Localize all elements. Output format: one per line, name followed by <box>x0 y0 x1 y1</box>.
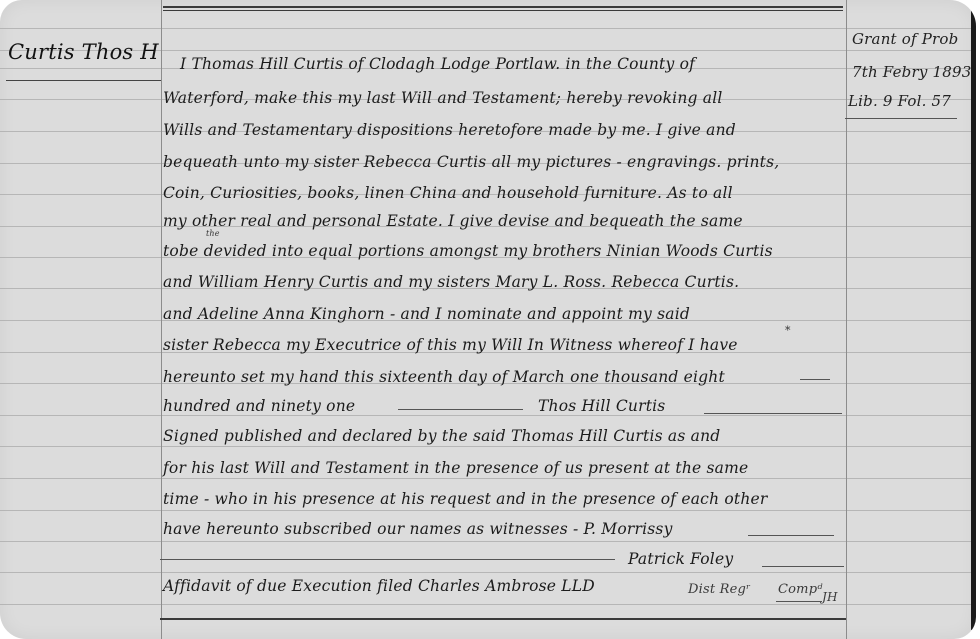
witness-2-signature: Patrick Foley <box>628 550 733 568</box>
attestation-line-2: for his last Will and Testament in the p… <box>163 459 748 477</box>
attestation-line-1: Signed published and declared by the sai… <box>163 427 720 445</box>
ruled-line <box>0 541 976 542</box>
grant-reference: Lib. 9 Fol. 57 <box>848 92 951 110</box>
will-line-1: I Thomas Hill Curtis of Clodagh Lodge Po… <box>180 55 695 73</box>
ruled-line <box>0 478 976 479</box>
ruled-line <box>0 604 976 605</box>
will-line-12: hundred and ninety one <box>163 397 355 415</box>
footer-rule <box>160 618 846 620</box>
will-line-11: hereunto set my hand this sixteenth day … <box>163 368 725 386</box>
grant-underline <box>845 118 957 119</box>
register-page: Curtis Thos H Grant of Prob 7th Febry 18… <box>0 0 976 639</box>
will-line-10: sister Rebecca my Executrice of this my … <box>163 336 738 354</box>
grant-date: 7th Febry 1893 <box>852 63 971 81</box>
attestation-line-4: have hereunto subscribed our names as wi… <box>163 520 673 538</box>
compared-note: Compᵈ <box>778 582 823 597</box>
witness-2-lead-rule <box>160 559 615 560</box>
witness-2-trail-rule <box>762 566 844 567</box>
line-end-flourish <box>800 379 830 380</box>
left-margin-line <box>161 0 162 639</box>
interlinear-insertion: the <box>206 229 220 238</box>
ruled-line <box>0 446 976 447</box>
will-line-2: Waterford, make this my last Will and Te… <box>163 89 723 107</box>
affidavit-line: Affidavit of due Execution filed Charles… <box>163 577 595 595</box>
witness-1-rule <box>748 535 834 536</box>
testator-margin-name: Curtis Thos H <box>8 40 159 64</box>
ruled-line <box>0 572 976 573</box>
will-line-4: bequeath unto my sister Rebecca Curtis a… <box>163 153 779 171</box>
ruled-line <box>0 28 976 29</box>
will-line-8: and William Henry Curtis and my sisters … <box>163 273 739 291</box>
will-line-5: Coin, Curiosities, books, linen China an… <box>163 184 733 202</box>
right-margin-line <box>846 0 847 639</box>
signature-rule-right <box>704 413 842 414</box>
signature-rule-left <box>398 409 523 410</box>
will-line-6: my other real and personal Estate. I giv… <box>163 212 743 230</box>
testator-signature: Thos Hill Curtis <box>538 397 665 415</box>
header-double-rule <box>163 6 843 8</box>
clerk-initials: JH <box>822 590 838 604</box>
ruled-line <box>0 415 976 416</box>
ruled-line <box>0 510 976 511</box>
attestation-line-3: time - who in his presence at his reques… <box>163 490 768 508</box>
grant-of-probate-label: Grant of Prob <box>852 30 958 48</box>
compared-underline <box>776 601 822 602</box>
will-line-7: tobe devided into equal portions amongst… <box>163 242 773 260</box>
will-line-3: Wills and Testamentary dispositions here… <box>163 121 736 139</box>
asterisk-mark: * <box>785 324 791 337</box>
margin-name-underline <box>6 80 161 81</box>
page-edge-shadow <box>971 10 976 630</box>
will-line-9: and Adeline Anna Kinghorn - and I nomina… <box>163 305 690 323</box>
district-registrar-note: Dist Regʳ <box>688 582 751 597</box>
header-double-rule-2 <box>163 10 843 11</box>
